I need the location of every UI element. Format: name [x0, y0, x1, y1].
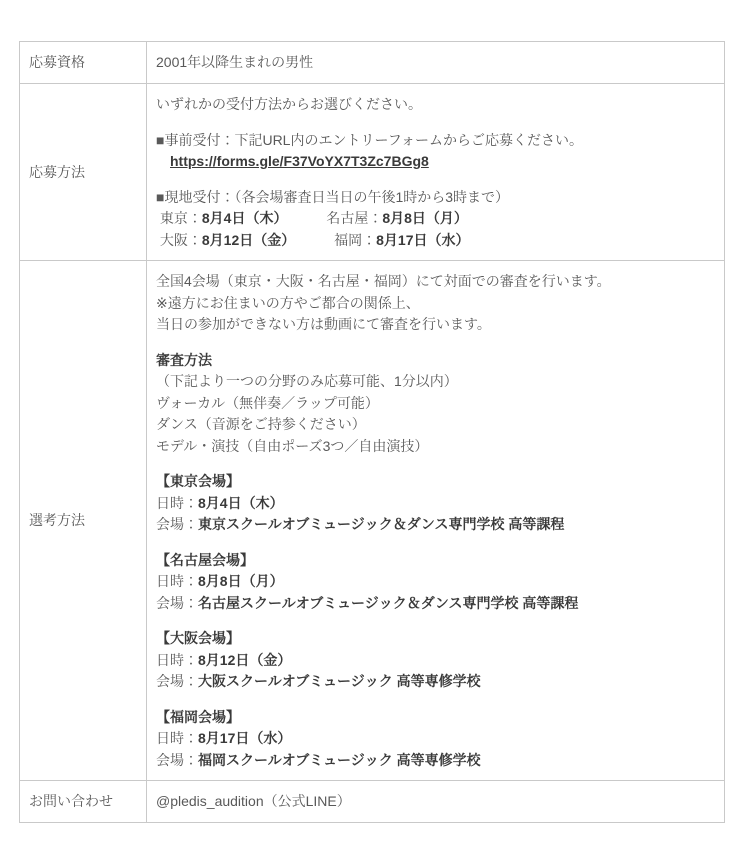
text-segment: ダンス（音源をご持参ください）	[156, 416, 366, 432]
row-selection-method: 選考方法 全国4会場（東京・大阪・名古屋・福岡）にて対面での審査を行います。※遠…	[20, 261, 725, 781]
row-content-application-qualification: 2001年以降生まれの男性	[147, 42, 725, 84]
audition-info-page: 応募資格 2001年以降生まれの男性 応募方法 いずれかの受付方法からお選びくだ…	[19, 41, 725, 823]
text-segment: 会場：	[156, 516, 198, 532]
text-line: 会場：大阪スクールオブミュージック 高等専修学校	[156, 671, 712, 693]
text-segment: 日時：	[156, 573, 198, 589]
text-segment: 当日の参加ができない方は動画にて審査を行います。	[156, 316, 491, 332]
text-segment: 福岡：	[288, 232, 376, 248]
text-line: https://forms.gle/F37VoYX7T3Zc7BGg8	[156, 151, 712, 173]
text-segment: 会場：	[156, 752, 198, 768]
row-application-method: 応募方法 いずれかの受付方法からお選びください。■事前受付：下記URL内のエント…	[20, 84, 725, 261]
text-segment: ヴォーカル（無伴奏／ラップ可能）	[156, 395, 379, 411]
text-line: 全国4会場（東京・大阪・名古屋・福岡）にて対面での審査を行います。	[156, 271, 712, 293]
text-segment: 大阪スクールオブミュージック 高等専修学校	[198, 673, 481, 689]
text-segment: （下記より一つの分野のみ応募可能、1分以内）	[156, 373, 458, 389]
text-segment: @pledis_audition（公式LINE）	[156, 793, 351, 809]
text-line: ※遠方にお住まいの方やご都合の関係上、	[156, 293, 712, 315]
text-segment: 【名古屋会場】	[156, 552, 254, 568]
text-segment: 審査方法	[156, 352, 212, 368]
row-content-selection-method: 全国4会場（東京・大阪・名古屋・福岡）にて対面での審査を行います。※遠方にお住ま…	[147, 261, 725, 781]
blank-line	[156, 693, 712, 707]
text-segment: 2001年以降生まれの男性	[156, 54, 313, 70]
text-segment: 福岡スクールオブミュージック 高等専修学校	[198, 752, 481, 768]
blank-line	[156, 116, 712, 130]
text-segment: モデル・演技（自由ポーズ3つ／自由演技）	[156, 438, 428, 454]
text-segment: ※遠方にお住まいの方やご都合の関係上、	[156, 295, 420, 311]
text-segment: 【福岡会場】	[156, 709, 240, 725]
text-line: モデル・演技（自由ポーズ3つ／自由演技）	[156, 436, 712, 458]
text-segment: 8月4日（木）	[198, 495, 284, 511]
text-segment: 東京：	[156, 210, 202, 226]
text-line: 2001年以降生まれの男性	[156, 52, 712, 74]
text-line: 日時：8月12日（金）	[156, 650, 712, 672]
row-label-application-qualification: 応募資格	[20, 42, 147, 84]
text-segment	[156, 153, 170, 169]
text-line: 大阪：8月12日（金） 福岡：8月17日（水）	[156, 230, 712, 252]
text-segment: 8月8日（月）	[382, 210, 468, 226]
blank-line	[156, 614, 712, 628]
text-line: @pledis_audition（公式LINE）	[156, 791, 712, 813]
text-line: 審査方法	[156, 350, 712, 372]
text-segment: 全国4会場（東京・大阪・名古屋・福岡）にて対面での審査を行います。	[156, 273, 611, 289]
text-segment: 会場：	[156, 595, 198, 611]
text-segment: 8月17日（水）	[198, 730, 291, 746]
text-segment: 8月8日（月）	[198, 573, 284, 589]
text-segment: 【東京会場】	[156, 473, 240, 489]
text-segment: 名古屋：	[280, 210, 382, 226]
text-segment: 会場：	[156, 673, 198, 689]
row-content-contact: @pledis_audition（公式LINE）	[147, 781, 725, 823]
text-line: （下記より一つの分野のみ応募可能、1分以内）	[156, 371, 712, 393]
text-segment: 東京スクールオブミュージック＆ダンス専門学校 高等課程	[198, 516, 564, 532]
text-line: 日時：8月8日（月）	[156, 571, 712, 593]
text-line: 会場：名古屋スクールオブミュージック＆ダンス専門学校 高等課程	[156, 593, 712, 615]
text-segment: 8月12日（金）	[198, 652, 291, 668]
text-segment: ■現地受付：（各会場審査日当日の午後1時から3時まで）	[156, 189, 509, 205]
text-line: 【大阪会場】	[156, 628, 712, 650]
row-label-contact: お問い合わせ	[20, 781, 147, 823]
text-segment: いずれかの受付方法からお選びください。	[156, 96, 422, 112]
text-line: 日時：8月4日（木）	[156, 493, 712, 515]
text-line: いずれかの受付方法からお選びください。	[156, 94, 712, 116]
text-line: 【東京会場】	[156, 471, 712, 493]
text-segment: 8月12日（金）	[202, 232, 288, 248]
text-line: ■現地受付：（各会場審査日当日の午後1時から3時まで）	[156, 187, 712, 209]
text-segment: 日時：	[156, 652, 198, 668]
row-content-application-method: いずれかの受付方法からお選びください。■事前受付：下記URL内のエントリーフォー…	[147, 84, 725, 261]
row-contact: お問い合わせ @pledis_audition（公式LINE）	[20, 781, 725, 823]
text-line: 【名古屋会場】	[156, 550, 712, 572]
text-segment: 日時：	[156, 730, 198, 746]
blank-line	[156, 536, 712, 550]
text-line: ヴォーカル（無伴奏／ラップ可能）	[156, 393, 712, 415]
row-label-application-method: 応募方法	[20, 84, 147, 261]
text-segment: ■事前受付：下記URL内のエントリーフォームからご応募ください。	[156, 132, 583, 148]
text-line: 会場：東京スクールオブミュージック＆ダンス専門学校 高等課程	[156, 514, 712, 536]
blank-line	[156, 336, 712, 350]
text-line: 会場：福岡スクールオブミュージック 高等専修学校	[156, 750, 712, 772]
text-line: 【福岡会場】	[156, 707, 712, 729]
entry-form-link[interactable]: https://forms.gle/F37VoYX7T3Zc7BGg8	[170, 153, 429, 169]
text-line: 日時：8月17日（水）	[156, 728, 712, 750]
row-application-qualification: 応募資格 2001年以降生まれの男性	[20, 42, 725, 84]
text-line: 東京：8月4日（木） 名古屋：8月8日（月）	[156, 208, 712, 230]
text-segment: 8月17日（水）	[376, 232, 469, 248]
blank-line	[156, 457, 712, 471]
row-label-selection-method: 選考方法	[20, 261, 147, 781]
text-segment: 日時：	[156, 495, 198, 511]
text-segment: 8月4日（木）	[202, 210, 281, 226]
text-line: 当日の参加ができない方は動画にて審査を行います。	[156, 314, 712, 336]
text-segment: 【大阪会場】	[156, 630, 240, 646]
text-line: ダンス（音源をご持参ください）	[156, 414, 712, 436]
text-line: ■事前受付：下記URL内のエントリーフォームからご応募ください。	[156, 130, 712, 152]
blank-line	[156, 173, 712, 187]
text-segment: 大阪：	[156, 232, 202, 248]
audition-info-table: 応募資格 2001年以降生まれの男性 応募方法 いずれかの受付方法からお選びくだ…	[19, 41, 725, 823]
text-segment: 名古屋スクールオブミュージック＆ダンス専門学校 高等課程	[198, 595, 578, 611]
